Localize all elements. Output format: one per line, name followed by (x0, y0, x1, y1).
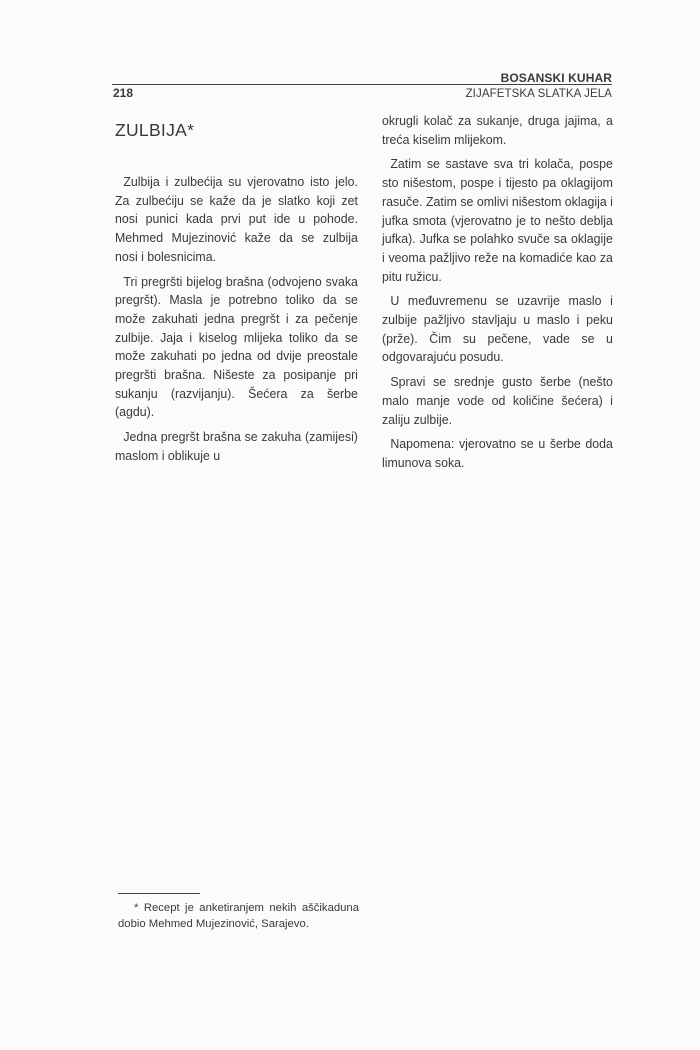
paragraph: okrugli kolač za sukanje, druga jajima, … (382, 112, 613, 149)
paragraph: Jedna pregršt brašna se zakuha (zamijesi… (115, 428, 358, 465)
paragraph: U međuvremenu se uzavrije maslo i zulbij… (382, 292, 613, 367)
paragraph: Napomena: vjerovatno se u šerbe doda lim… (382, 435, 613, 472)
paragraph: Zulbija i zulbećija su vjerovatno isto j… (115, 173, 358, 267)
footnote: * Recept je anketiranjem nekih aščikadun… (118, 901, 359, 932)
chapter-title: ZIJAFETSKA SLATKA JELA (466, 88, 612, 100)
paragraph: Spravi se srednje gusto šerbe (nešto mal… (382, 373, 613, 429)
paragraph: Zatim se sastave sva tri kolača, pospe s… (382, 155, 613, 286)
page-number: 218 (113, 86, 133, 100)
book-title: BOSANSKI KUHAR (501, 71, 612, 85)
recipe-title: ZULBIJA* (115, 118, 358, 142)
right-column: okrugli kolač za sukanje, druga jajima, … (382, 112, 613, 479)
footnote-rule (118, 893, 200, 894)
paragraph: Tri pregršti bijelog brašna (odvojeno sv… (115, 273, 358, 423)
page-header: BOSANSKI KUHAR 218 ZIJAFETSKA SLATKA JEL… (112, 68, 612, 104)
left-column: ZULBIJA* Zulbija i zulbećija su vjerovat… (115, 118, 358, 472)
header-rule (112, 84, 612, 85)
